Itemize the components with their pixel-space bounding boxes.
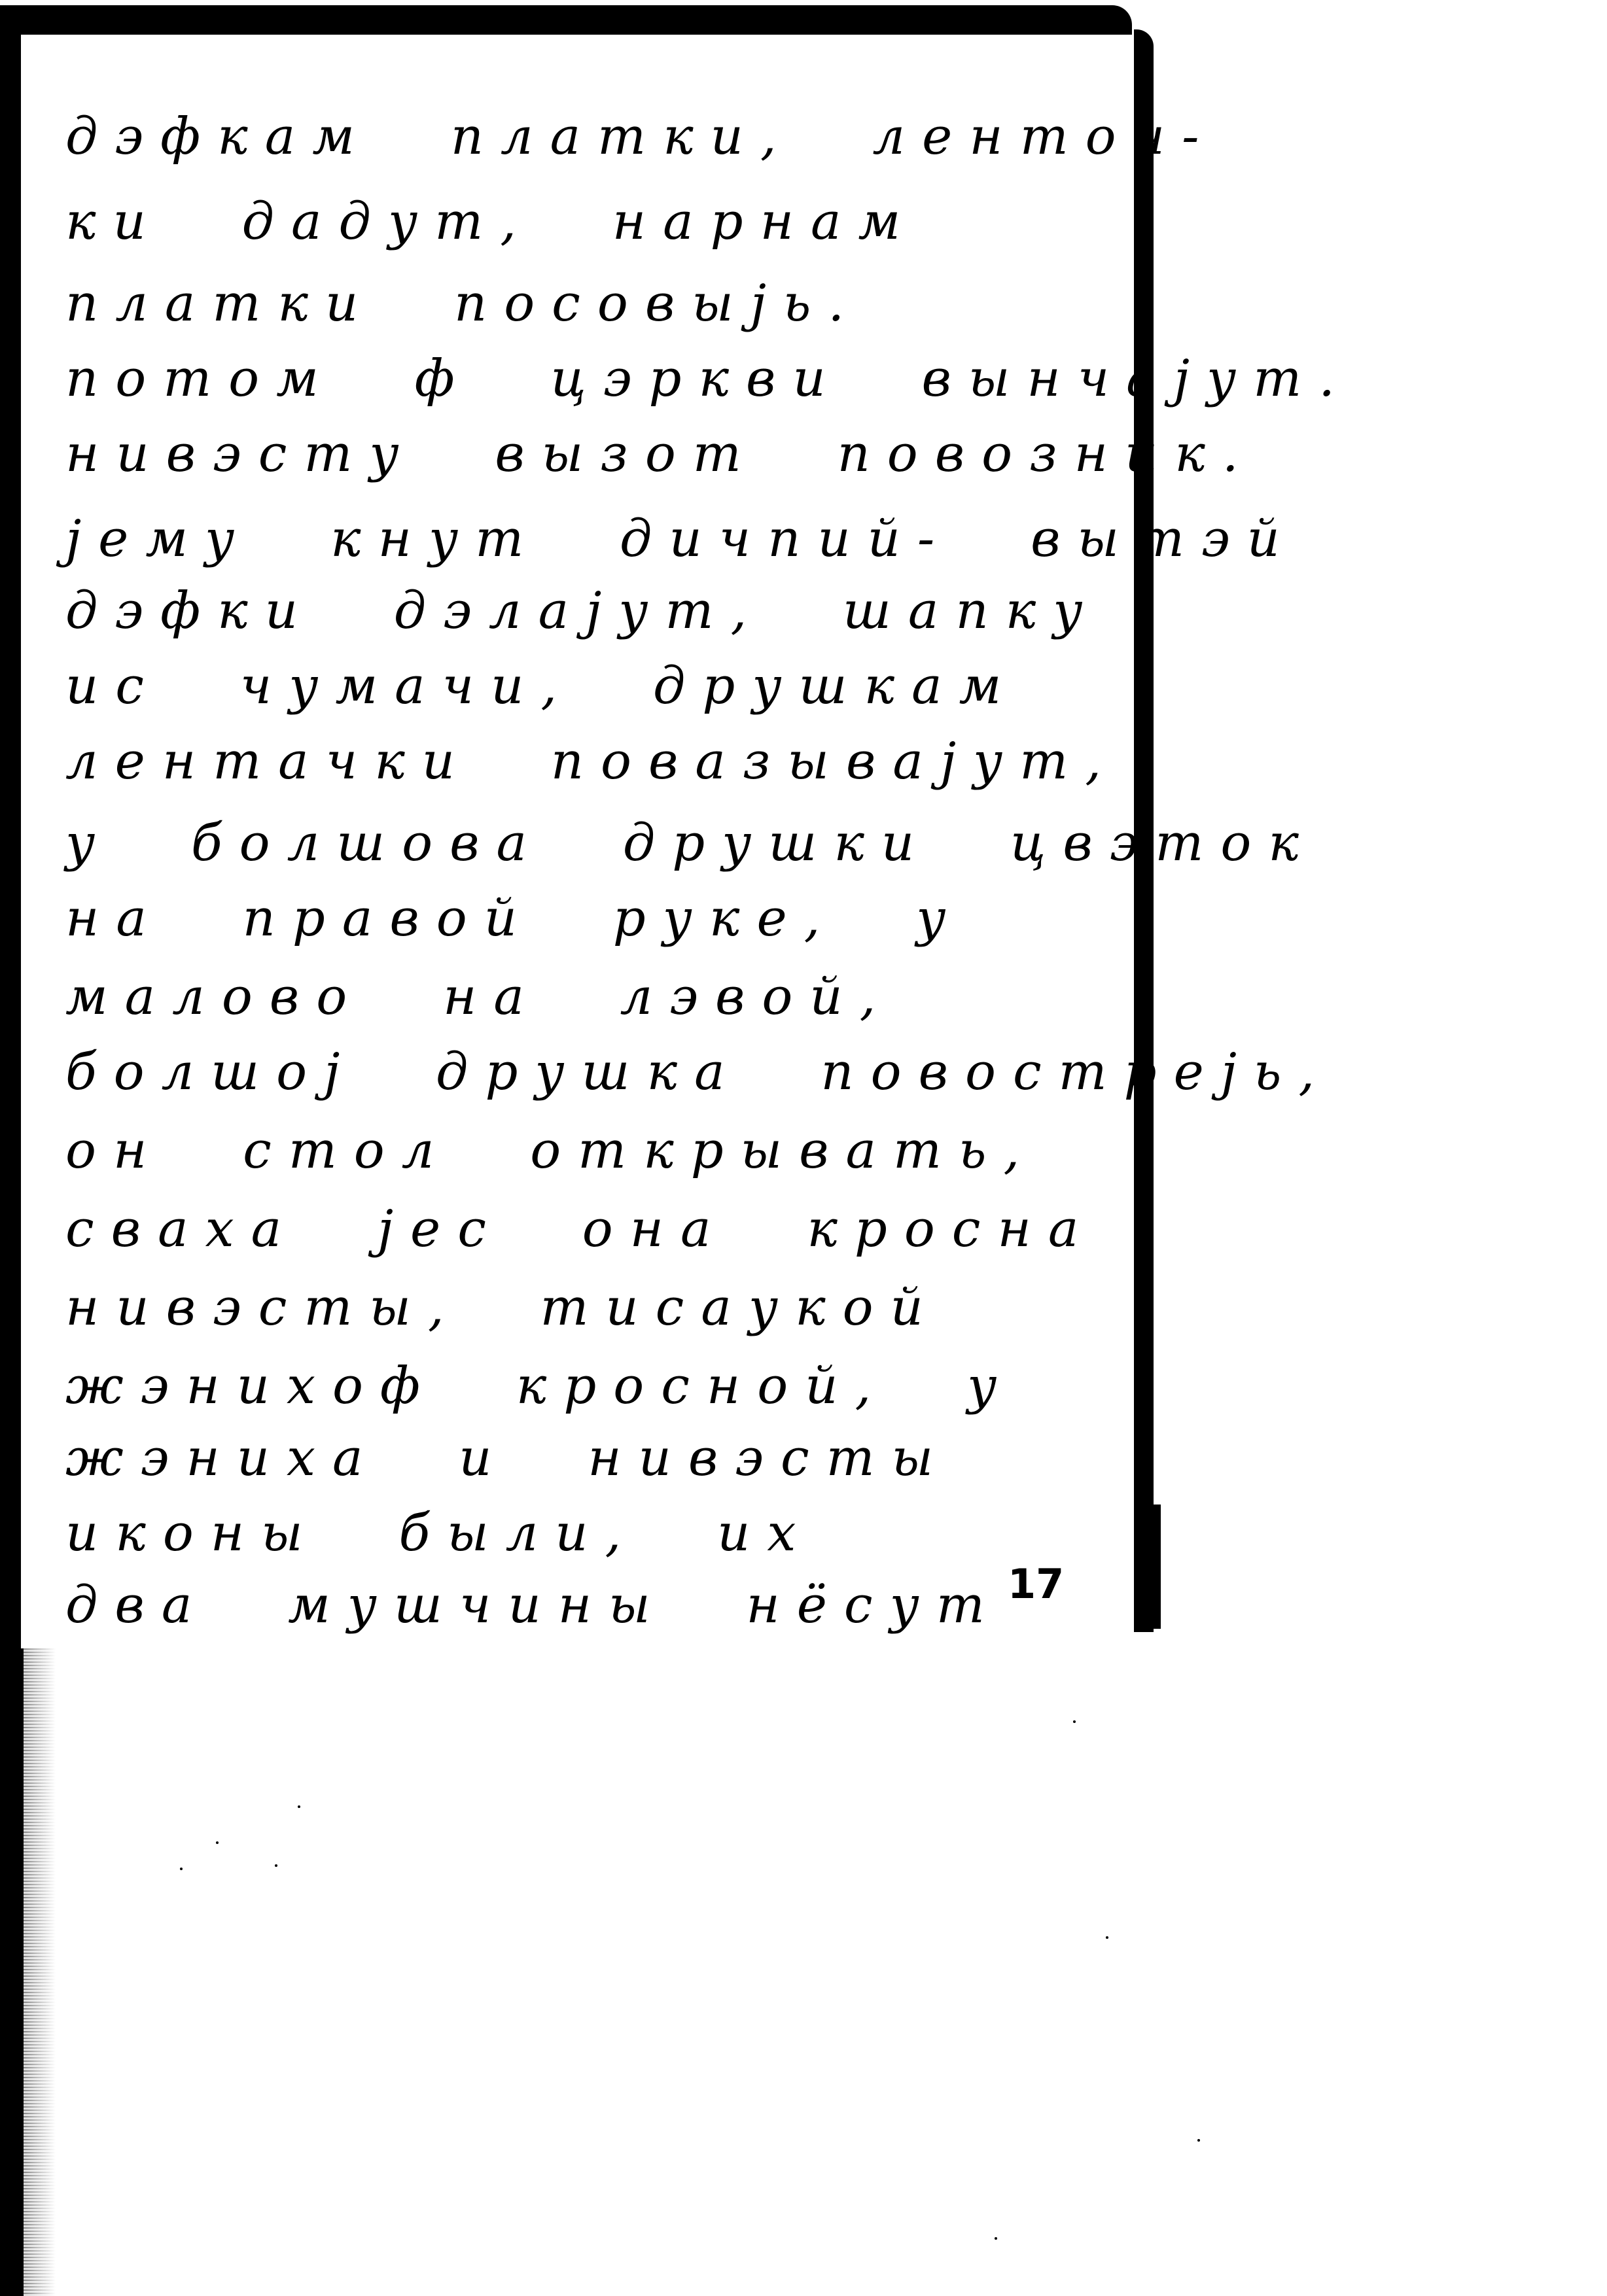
manuscript-line: дэфкам платки, ленточ- xyxy=(65,111,1216,162)
manuscript-line: иконы были, их xyxy=(65,1508,813,1559)
manuscript-line: жэниха и нивэсты xyxy=(65,1433,950,1484)
manuscript-line: у болшова друшки цвэток xyxy=(65,818,1316,869)
manuscript-line: дэфки дэлајут, шапку xyxy=(65,585,1100,636)
scan-speck xyxy=(298,1805,300,1808)
scan-speck xyxy=(1073,1720,1076,1723)
scan-speck xyxy=(1197,2139,1200,2142)
scan-noise-shadow xyxy=(20,1648,56,2296)
manuscript-line: малово на лэвой, xyxy=(65,971,892,1022)
scan-border-top xyxy=(0,5,1132,35)
scan-speck xyxy=(995,2237,997,2240)
manuscript-line: платки посовыјь. xyxy=(65,278,861,329)
manuscript-line: нивэсту вызот повозник. xyxy=(65,428,1256,479)
manuscript-line: ис чумачи, друшкам xyxy=(65,661,1018,712)
manuscript-line: потом ф цэркви вынчајут. xyxy=(65,353,1352,404)
manuscript-line: јему кнут дичпий- вытэй xyxy=(65,513,1297,565)
manuscript-line: он стол открывать, xyxy=(65,1125,1036,1176)
manuscript-line: нивэсты, тисаукой xyxy=(65,1282,940,1333)
manuscript-line: ки дадут, нарнам xyxy=(65,196,917,247)
manuscript-line: болшој друшка повострејь, xyxy=(65,1047,1332,1098)
scan-border-left xyxy=(0,5,21,1667)
page-number: 17 xyxy=(1008,1560,1064,1608)
manuscript-line: лентачки повазывајут, xyxy=(65,736,1118,787)
scan-speck xyxy=(275,1864,277,1867)
scan-border-right-tail xyxy=(1153,1505,1161,1629)
manuscript-line: жэнихоф кросной, у xyxy=(65,1361,1014,1412)
manuscript-line: два мушчины нёсут xyxy=(65,1580,1002,1631)
scan-speck xyxy=(216,1841,219,1844)
manuscript-line: на правой руке, у xyxy=(65,893,962,944)
scan-speck xyxy=(1106,1936,1108,1939)
scan-speck xyxy=(180,1868,183,1870)
manuscript-line: сваха јес она кросна xyxy=(65,1204,1095,1255)
